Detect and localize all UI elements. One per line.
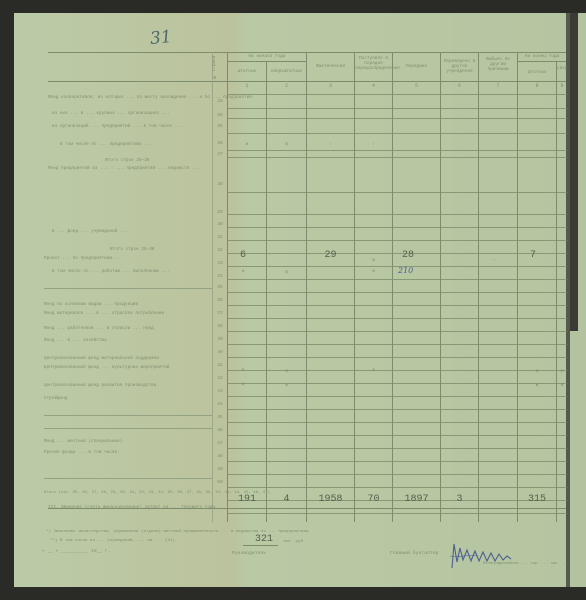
- section-divider-4: [44, 478, 212, 479]
- row-label-37a: Итого строк 25—36: [105, 159, 149, 164]
- row-rule: [227, 461, 567, 462]
- col-divider-2: [306, 52, 307, 522]
- col-header-4: Поступило в порядке перераспределения: [355, 56, 392, 71]
- row-rule: [227, 292, 567, 293]
- col-header-8: штатных: [518, 70, 556, 75]
- total-c3: 1958: [307, 494, 354, 505]
- row-rule: [227, 192, 567, 193]
- row-rule: [227, 331, 567, 332]
- row-rule: [227, 409, 567, 410]
- row-number: 32: [213, 248, 227, 253]
- rownum-header: № строки: [212, 54, 227, 80]
- header-bottom-rule: [48, 81, 566, 82]
- row-label-36a: в том числе по ... предприятиям ...: [60, 143, 151, 148]
- col-num-1: 1: [228, 83, 266, 89]
- footnote-value: 321: [255, 534, 273, 545]
- cell-r36-c4: ·: [355, 141, 392, 148]
- total-c6: 3: [441, 494, 478, 505]
- cell-r40-c4: ×: [355, 367, 392, 374]
- col-num-7: 7: [479, 83, 517, 89]
- col-divider-3: [354, 52, 355, 522]
- row-number: 33: [213, 261, 227, 266]
- col-header-2: сверхштатных: [267, 69, 306, 74]
- col-num-4: 4: [355, 83, 392, 89]
- cell-r36-c2: ×: [267, 141, 306, 148]
- row-label-45: Фонд ... местный (специальные): [44, 440, 122, 445]
- total-c8: 315: [518, 494, 556, 505]
- handwritten-annotation: 210: [398, 266, 413, 275]
- start-group-rule: [228, 61, 307, 62]
- table-top-rule: [48, 52, 566, 53]
- row-rule: [227, 396, 567, 397]
- col-header-9: сверхштатных: [557, 66, 567, 71]
- total-c5: 1897: [393, 494, 440, 505]
- cell-r32-c1: 6: [228, 250, 258, 261]
- row-label-41: Централизованный фонд развития производс…: [44, 384, 156, 389]
- row-number: 29: [213, 210, 227, 215]
- col-divider-4: [392, 52, 393, 522]
- row-rule: [227, 474, 567, 475]
- col-header-6: Переведено в другие учреждения: [441, 59, 478, 74]
- row-number: 42: [213, 376, 227, 381]
- row-number: 44: [213, 402, 227, 407]
- start-of-year-header: На начало года: [228, 54, 306, 59]
- col-header-1: штатных: [228, 69, 266, 74]
- col-header-5: Передано: [393, 64, 440, 69]
- footnote-2: **) В том числе из ... учреждений, ... н…: [50, 539, 175, 544]
- section-divider-3: [44, 428, 212, 429]
- row-number: 35: [213, 285, 227, 290]
- date-line: « __ » __________ 19__ г.: [42, 549, 110, 554]
- row-number: 31: [213, 235, 227, 240]
- section-divider-2: [44, 415, 212, 416]
- row-rule: [227, 266, 567, 267]
- cell-r41-c1: ×: [228, 381, 258, 388]
- row-rule: [227, 150, 567, 151]
- rownum-col-divider: [227, 52, 228, 522]
- row-label-50: III. Движение (счета финансирования) зат…: [48, 506, 215, 511]
- cell-r33-c2: ×: [267, 269, 306, 276]
- total-c2: 4: [267, 494, 306, 505]
- col-header-3: Фактический: [307, 64, 354, 69]
- cell-r41-c2: ×: [267, 382, 306, 389]
- row-number: 46: [213, 428, 227, 433]
- row-rule: [227, 344, 567, 345]
- row-number: 48: [213, 454, 227, 459]
- row-rule: [227, 318, 567, 319]
- cell-r32-c7: –: [493, 257, 496, 263]
- col-divider-5: [440, 52, 441, 522]
- row-label-30: в ... фонд ... учреждений ...: [52, 230, 128, 235]
- row-number: 34: [213, 274, 227, 279]
- chief-accountant-label: Главный бухгалтер: [390, 551, 439, 556]
- row-label-39: Централизованный фонд материальной подде…: [44, 357, 159, 362]
- page-number: 31: [149, 27, 173, 49]
- row-label-32: Проект ... по предприятиям ...: [44, 257, 122, 262]
- col-num-2: 2: [267, 83, 306, 89]
- row-rule: [227, 279, 567, 280]
- row-label-26: из них ... в ... крупных ... организация…: [52, 112, 170, 117]
- row-number: 49: [213, 467, 227, 472]
- footnote-unit: тыс. руб.: [283, 540, 306, 545]
- total-c4: 70: [355, 494, 392, 505]
- row-rule: [227, 448, 567, 449]
- row-number: 26: [213, 113, 227, 118]
- row-label-35b: Фонд по основным видам ... продукции: [44, 303, 138, 308]
- row-rule: [227, 227, 567, 228]
- row-label-33: в том числе по ... работам ... выполнени…: [52, 270, 170, 275]
- row-number: 37: [213, 152, 227, 157]
- row-label-46: Прочие фонды ... в том числе:: [44, 451, 120, 456]
- row-number: 36: [213, 141, 227, 146]
- cell-r36-c3: ·: [307, 141, 354, 148]
- row-number: 50: [213, 480, 227, 485]
- cell-r33-c4: ×: [355, 268, 392, 275]
- row-number: 47: [213, 441, 227, 446]
- row-rule: [227, 133, 567, 134]
- row-number: 39: [213, 337, 227, 342]
- scanner-shadow: [569, 13, 578, 331]
- col-divider-7: [517, 52, 518, 522]
- row-number: 41: [213, 363, 227, 368]
- row-rule: [227, 94, 567, 95]
- col-num-9: 9: [557, 83, 567, 89]
- col-divider-6: [478, 52, 479, 522]
- cell-r32-c8: 7: [518, 250, 548, 261]
- row-label-35a: из организаций ... предприятий ... в том…: [52, 125, 183, 130]
- row-number: 38: [213, 324, 227, 329]
- total-c1: 191: [228, 494, 266, 505]
- footnote-value-underline: [243, 545, 278, 546]
- cell-r40-c9: ×: [557, 368, 567, 375]
- section-divider: [44, 288, 212, 289]
- row-label-37b: Фонд ... работников ... в отрасли ... ну…: [44, 327, 154, 332]
- row-label-36b: Фонд материалов ... в ... отраслях потре…: [44, 312, 164, 317]
- row-label-38b: Фонд ... в ... хозяйства: [44, 339, 107, 344]
- col-num-3: 3: [307, 83, 354, 89]
- row-number: 35: [213, 124, 227, 129]
- cell-r40-c1: ×: [228, 367, 258, 374]
- col-num-8: 8: [518, 83, 556, 89]
- col-header-7: Выбыло по другим причинам: [479, 57, 517, 72]
- cell-r40-c8: ×: [518, 368, 556, 375]
- col-num-5: 5: [393, 83, 440, 89]
- row-rule: [227, 214, 567, 215]
- row-rule: [227, 305, 567, 306]
- end-of-year-header: На конец года: [518, 54, 566, 59]
- cell-r41-c9: ×: [557, 382, 567, 389]
- row-label-42: Стройфонд: [44, 397, 68, 402]
- cell-r32-c4: ×: [355, 257, 392, 264]
- row-rule: [227, 487, 567, 488]
- row-number: 30: [213, 222, 227, 227]
- cell-r40-c2: ×: [267, 368, 306, 375]
- row-label-40: Централизованный фонд ... культурных мер…: [44, 366, 169, 371]
- row-label-38a: Фонд предприятий из ... : ... предприяти…: [48, 167, 200, 172]
- row-label-31: Итого строк 25—30: [110, 248, 154, 253]
- cell-r36-c1: ×: [228, 141, 266, 148]
- row-rule: [227, 118, 567, 119]
- row-number: 36: [213, 298, 227, 303]
- row-label-25: Фонд кооперативов: из которых ... по мес…: [48, 96, 252, 101]
- cell-r33-c1: ×: [228, 268, 258, 275]
- row-number: 43: [213, 389, 227, 394]
- row-number: 38: [213, 182, 227, 187]
- row-number: 45: [213, 415, 227, 420]
- row-rule: [227, 513, 567, 514]
- row-rule: [227, 422, 567, 423]
- row-rule: [227, 240, 567, 241]
- row-rule: [227, 357, 567, 358]
- end-group-rule: [518, 61, 566, 62]
- cell-r32-c5: 28: [393, 250, 423, 261]
- row-rule: [227, 108, 567, 109]
- row-number: 40: [213, 350, 227, 355]
- cell-r41-c8: ×: [518, 382, 556, 389]
- head-label: Руководитель: [232, 551, 266, 556]
- row-rule: [227, 435, 567, 436]
- row-rule: [227, 157, 567, 158]
- cell-r32-c3: 29: [307, 250, 354, 261]
- row-number: 37: [213, 311, 227, 316]
- col-num-6: 6: [441, 83, 478, 89]
- signature: [448, 540, 548, 572]
